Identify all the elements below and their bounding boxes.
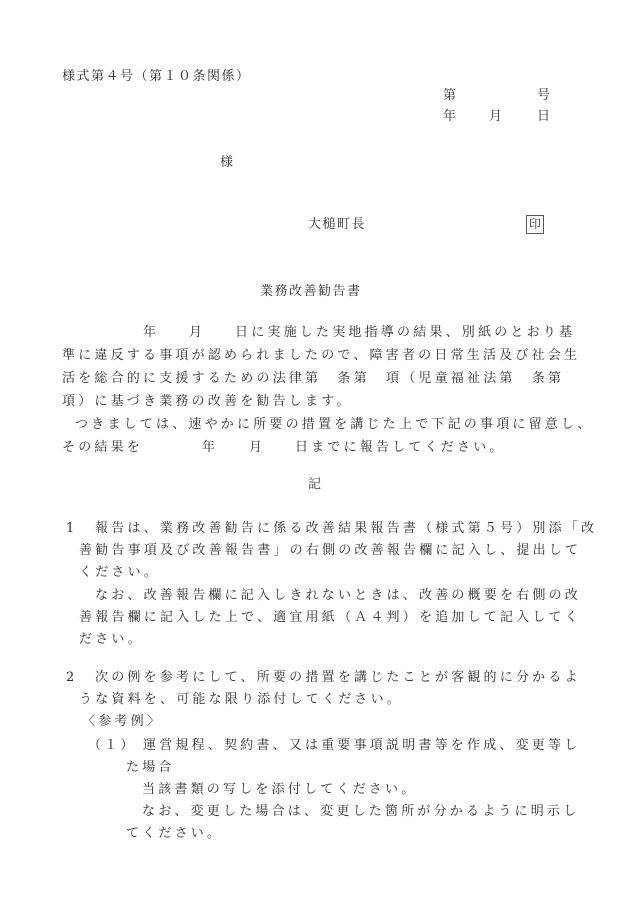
- p1-month: 月: [189, 325, 205, 341]
- date-year: 年: [443, 109, 459, 125]
- form-number: 様式第４号（第１０条関係）: [62, 69, 251, 85]
- issuer: 大槌町長: [308, 217, 366, 233]
- item1-line4: なお、改善報告欄に記入しきれないときは、改善の概要を右側の改: [95, 588, 581, 604]
- ki-heading: 記: [308, 477, 324, 493]
- p1-line3: 活を総合的に支援するための法律第 条第 項（児童福祉法第 条第: [62, 371, 564, 387]
- item2-line1: 次の例を参考にして、所要の措置を講じたことが客観的に分かるよ: [95, 670, 581, 686]
- example1-line4: なお、変更した場合は、変更した箇所が分かるように明示し: [142, 804, 579, 820]
- item1-line6: ださい。: [79, 632, 144, 648]
- item2-line2: うな資料を、可能な限り添付してください。: [79, 692, 403, 708]
- p2-month: 月: [249, 440, 265, 456]
- example1-line2: た場合: [126, 760, 175, 776]
- example1-line3: 当該書類の写しを添付してください。: [142, 782, 417, 798]
- item2-number: 2: [66, 670, 77, 686]
- example1-label: （１）: [88, 738, 137, 754]
- document-title: 業務改善勧告書: [260, 284, 362, 300]
- p1-line4: 項）に基づき業務の改善を勧告します。: [62, 394, 353, 410]
- p2-line2-end: 日までに報告してください。: [295, 440, 506, 456]
- item1-number: 1: [66, 521, 77, 537]
- p2-line2-start: その結果を: [62, 440, 143, 456]
- item1-line2: 善勧告事項及び改善報告書」の右側の改善報告欄に記入し、提出して: [79, 543, 581, 559]
- addressee-suffix: 様: [220, 155, 236, 171]
- p2-line1: つきましては、速やかに所要の措置を講じた上で下記の事項に留意し、: [75, 417, 593, 433]
- date-day: 日: [537, 109, 553, 125]
- p1-year: 年: [143, 325, 159, 341]
- reference-examples-label: 〈参考例〉: [82, 714, 163, 730]
- date-month: 月: [489, 109, 505, 125]
- item1-line5: 善報告欄に記入した上で、適宜用紙（Ａ４判）を追加して記入してく: [79, 610, 581, 626]
- item1-line1: 報告は、業務改善勧告に係る改善結果報告書（様式第５号）別添「改: [95, 521, 597, 537]
- p1-line1: 日に実施した実地指導の結果、別紙のとおり基: [235, 325, 575, 341]
- p1-line2: 準に違反する事項が認められましたので、障害者の日常生活及び社会生: [62, 348, 580, 364]
- example1-line5: てください。: [126, 826, 223, 842]
- p2-year: 年: [202, 440, 218, 456]
- item1-line3: ください。: [79, 565, 160, 581]
- seal-stamp-box: 印: [526, 215, 544, 234]
- doc-number-suffix: 号: [537, 88, 553, 104]
- doc-number-prefix: 第: [443, 88, 459, 104]
- example1-line1: 運営規程、契約書、又は重要事項説明書等を作成、変更等し: [143, 738, 580, 754]
